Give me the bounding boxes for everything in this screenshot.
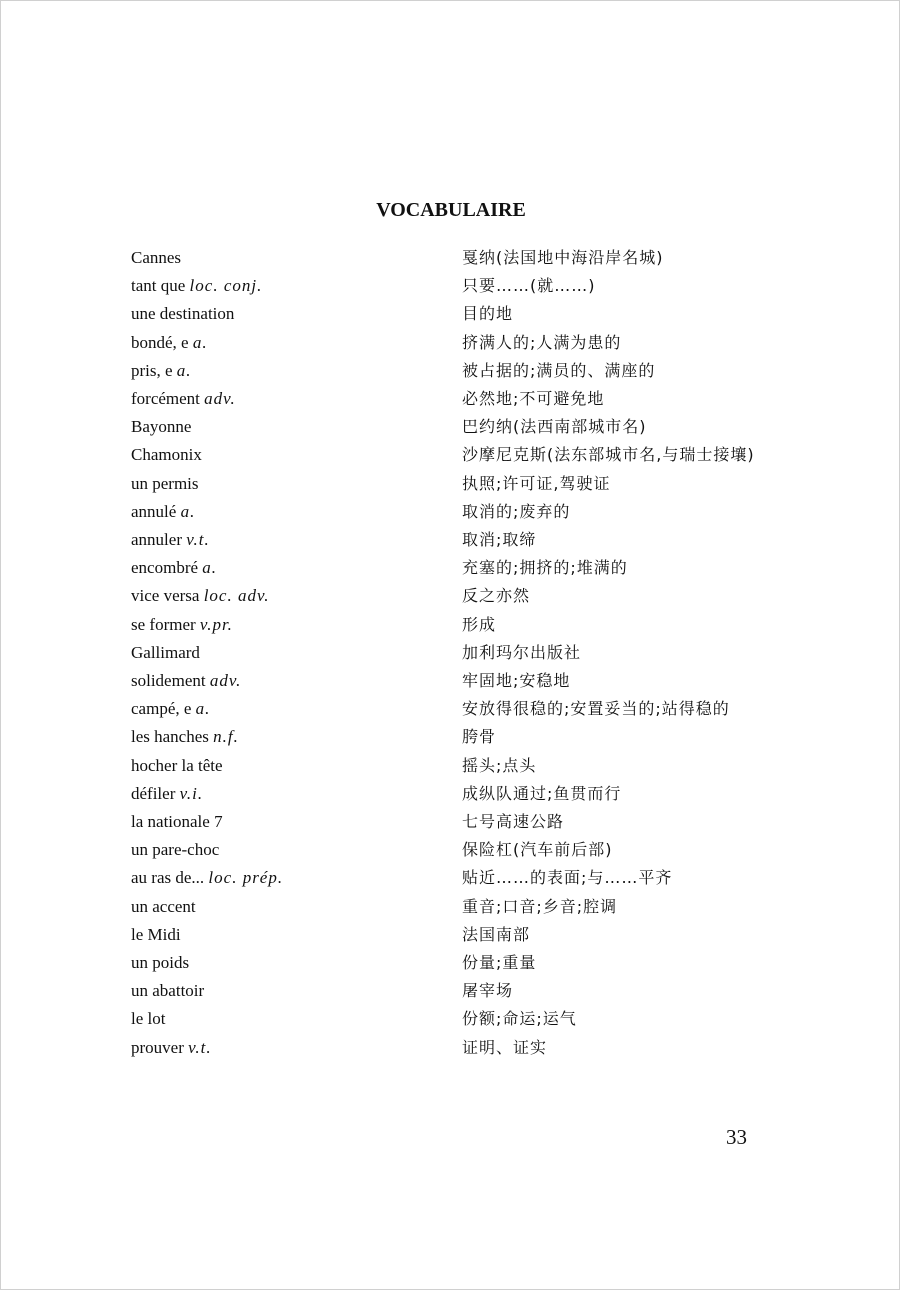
french-term: la nationale 7	[131, 808, 462, 836]
chinese-definition: 份额;命运;运气	[462, 1005, 791, 1033]
chinese-definition: 保险杠(汽车前后部)	[462, 836, 791, 864]
vocab-entry: une destination目的地	[131, 300, 791, 328]
french-term: campé, e a.	[131, 695, 462, 723]
term-text: encombré	[131, 558, 198, 577]
term-text: une destination	[131, 304, 234, 323]
vocab-entry: vice versa loc. adv.反之亦然	[131, 582, 791, 610]
french-term: solidement adv.	[131, 667, 462, 695]
french-term: le Midi	[131, 921, 462, 949]
french-term: une destination	[131, 300, 462, 328]
vocab-entry: au ras de... loc. prép.贴近……的表面;与……平齐	[131, 864, 791, 892]
chinese-definition: 巴约纳(法西南部城市名)	[462, 413, 791, 441]
french-term: un accent	[131, 893, 462, 921]
term-text: défiler	[131, 784, 175, 803]
vocab-entry: bondé, e a.挤满人的;人满为患的	[131, 329, 791, 357]
chinese-definition: 充塞的;拥挤的;堆满的	[462, 554, 791, 582]
term-text: solidement	[131, 671, 206, 690]
chinese-definition: 挤满人的;人满为患的	[462, 329, 791, 357]
chinese-definition: 七号高速公路	[462, 808, 791, 836]
vocab-entry: la nationale 7七号高速公路	[131, 808, 791, 836]
grammar-tag: v.t.	[188, 1038, 212, 1057]
chinese-definition: 反之亦然	[462, 582, 791, 610]
french-term: se former v.pr.	[131, 611, 462, 639]
vocab-entry: un poids份量;重量	[131, 949, 791, 977]
grammar-tag: v.i.	[180, 784, 204, 803]
french-term: défiler v.i.	[131, 780, 462, 808]
french-term: un pare-choc	[131, 836, 462, 864]
term-text: le lot	[131, 1009, 165, 1028]
vocab-entry: défiler v.i.成纵队通过;鱼贯而行	[131, 780, 791, 808]
vocab-entry: hocher la tête摇头;点头	[131, 752, 791, 780]
chinese-definition: 取消;取缔	[462, 526, 791, 554]
term-text: au ras de...	[131, 868, 204, 887]
grammar-tag: loc. adv.	[204, 586, 270, 605]
vocab-entry: un accent重音;口音;乡音;腔调	[131, 893, 791, 921]
chinese-definition: 加利玛尔出版社	[462, 639, 791, 667]
grammar-tag: a.	[193, 333, 208, 352]
french-term: le lot	[131, 1005, 462, 1033]
term-text: pris, e	[131, 361, 173, 380]
vocab-entry: campé, e a.安放得很稳的;安置妥当的;站得稳的	[131, 695, 791, 723]
french-term: encombré a.	[131, 554, 462, 582]
page-title: VOCABULAIRE	[1, 199, 900, 222]
term-text: forcément	[131, 389, 200, 408]
french-term: Gallimard	[131, 639, 462, 667]
grammar-tag: n.f.	[213, 727, 239, 746]
vocab-entry: encombré a.充塞的;拥挤的;堆满的	[131, 554, 791, 582]
chinese-definition: 法国南部	[462, 921, 791, 949]
french-term: prouver v.t.	[131, 1034, 462, 1062]
french-term: Bayonne	[131, 413, 462, 441]
french-term: tant que loc. conj.	[131, 272, 462, 300]
vocab-entry: forcément adv.必然地;不可避免地	[131, 385, 791, 413]
vocab-entry: se former v.pr.形成	[131, 611, 791, 639]
term-text: un poids	[131, 953, 189, 972]
vocab-entry: un abattoir屠宰场	[131, 977, 791, 1005]
vocab-entry: tant que loc. conj.只要……(就……)	[131, 272, 791, 300]
term-text: un abattoir	[131, 981, 204, 1000]
term-text: la nationale 7	[131, 812, 223, 831]
vocab-entry: annuler v.t.取消;取缔	[131, 526, 791, 554]
french-term: Chamonix	[131, 441, 462, 469]
french-term: hocher la tête	[131, 752, 462, 780]
chinese-definition: 屠宰场	[462, 977, 791, 1005]
grammar-tag: a.	[202, 558, 217, 577]
vocab-entry: solidement adv.牢固地;安稳地	[131, 667, 791, 695]
chinese-definition: 只要……(就……)	[462, 272, 791, 300]
french-term: annuler v.t.	[131, 526, 462, 554]
term-text: Cannes	[131, 248, 181, 267]
chinese-definition: 戛纳(法国地中海沿岸名城)	[462, 244, 791, 272]
page-number: 33	[726, 1125, 747, 1150]
vocab-entry: Cannes戛纳(法国地中海沿岸名城)	[131, 244, 791, 272]
chinese-definition: 取消的;废弃的	[462, 498, 791, 526]
term-text: Chamonix	[131, 445, 202, 464]
term-text: Bayonne	[131, 417, 191, 436]
term-text: un pare-choc	[131, 840, 219, 859]
french-term: annulé a.	[131, 498, 462, 526]
grammar-tag: v.t.	[186, 530, 210, 549]
chinese-definition: 被占据的;满员的、满座的	[462, 357, 791, 385]
term-text: prouver	[131, 1038, 184, 1057]
chinese-definition: 证明、证实	[462, 1034, 791, 1062]
term-text: les hanches	[131, 727, 209, 746]
french-term: un abattoir	[131, 977, 462, 1005]
term-text: se former	[131, 615, 196, 634]
grammar-tag: v.pr.	[200, 615, 233, 634]
french-term: au ras de... loc. prép.	[131, 864, 462, 892]
grammar-tag: loc. conj.	[190, 276, 263, 295]
french-term: pris, e a.	[131, 357, 462, 385]
vocab-entry: un pare-choc保险杠(汽车前后部)	[131, 836, 791, 864]
chinese-definition: 沙摩尼克斯(法东部城市名,与瑞士接壤)	[462, 441, 791, 469]
grammar-tag: a.	[177, 361, 192, 380]
term-text: bondé, e	[131, 333, 189, 352]
vocab-entry: annulé a.取消的;废弃的	[131, 498, 791, 526]
chinese-definition: 牢固地;安稳地	[462, 667, 791, 695]
vocab-entry: les hanches n.f.胯骨	[131, 723, 791, 751]
vocab-entry: le lot份额;命运;运气	[131, 1005, 791, 1033]
grammar-tag: a.	[196, 699, 211, 718]
grammar-tag: adv.	[204, 389, 236, 408]
vocabulary-list: Cannes戛纳(法国地中海沿岸名城)tant que loc. conj.只要…	[131, 244, 791, 1062]
term-text: Gallimard	[131, 643, 200, 662]
chinese-definition: 成纵队通过;鱼贯而行	[462, 780, 791, 808]
vocab-entry: prouver v.t.证明、证实	[131, 1034, 791, 1062]
grammar-tag: loc. prép.	[208, 868, 283, 887]
vocab-entry: Bayonne巴约纳(法西南部城市名)	[131, 413, 791, 441]
french-term: Cannes	[131, 244, 462, 272]
french-term: un poids	[131, 949, 462, 977]
term-text: annulé	[131, 502, 176, 521]
chinese-definition: 形成	[462, 611, 791, 639]
french-term: forcément adv.	[131, 385, 462, 413]
french-term: un permis	[131, 470, 462, 498]
vocab-entry: Chamonix沙摩尼克斯(法东部城市名,与瑞士接壤)	[131, 441, 791, 469]
grammar-tag: a.	[181, 502, 196, 521]
term-text: campé, e	[131, 699, 191, 718]
french-term: vice versa loc. adv.	[131, 582, 462, 610]
chinese-definition: 胯骨	[462, 723, 791, 751]
chinese-definition: 摇头;点头	[462, 752, 791, 780]
chinese-definition: 目的地	[462, 300, 791, 328]
french-term: bondé, e a.	[131, 329, 462, 357]
vocab-entry: le Midi法国南部	[131, 921, 791, 949]
chinese-definition: 必然地;不可避免地	[462, 385, 791, 413]
term-text: un accent	[131, 897, 196, 916]
chinese-definition: 贴近……的表面;与……平齐	[462, 864, 791, 892]
chinese-definition: 份量;重量	[462, 949, 791, 977]
document-page: VOCABULAIRE Cannes戛纳(法国地中海沿岸名城)tant que …	[0, 0, 900, 1290]
vocab-entry: Gallimard加利玛尔出版社	[131, 639, 791, 667]
term-text: tant que	[131, 276, 185, 295]
chinese-definition: 执照;许可证,驾驶证	[462, 470, 791, 498]
vocab-entry: pris, e a.被占据的;满员的、满座的	[131, 357, 791, 385]
vocab-entry: un permis执照;许可证,驾驶证	[131, 470, 791, 498]
french-term: les hanches n.f.	[131, 723, 462, 751]
chinese-definition: 重音;口音;乡音;腔调	[462, 893, 791, 921]
term-text: annuler	[131, 530, 182, 549]
chinese-definition: 安放得很稳的;安置妥当的;站得稳的	[462, 695, 791, 723]
term-text: vice versa	[131, 586, 199, 605]
term-text: le Midi	[131, 925, 181, 944]
term-text: hocher la tête	[131, 756, 223, 775]
grammar-tag: adv.	[210, 671, 242, 690]
term-text: un permis	[131, 474, 199, 493]
